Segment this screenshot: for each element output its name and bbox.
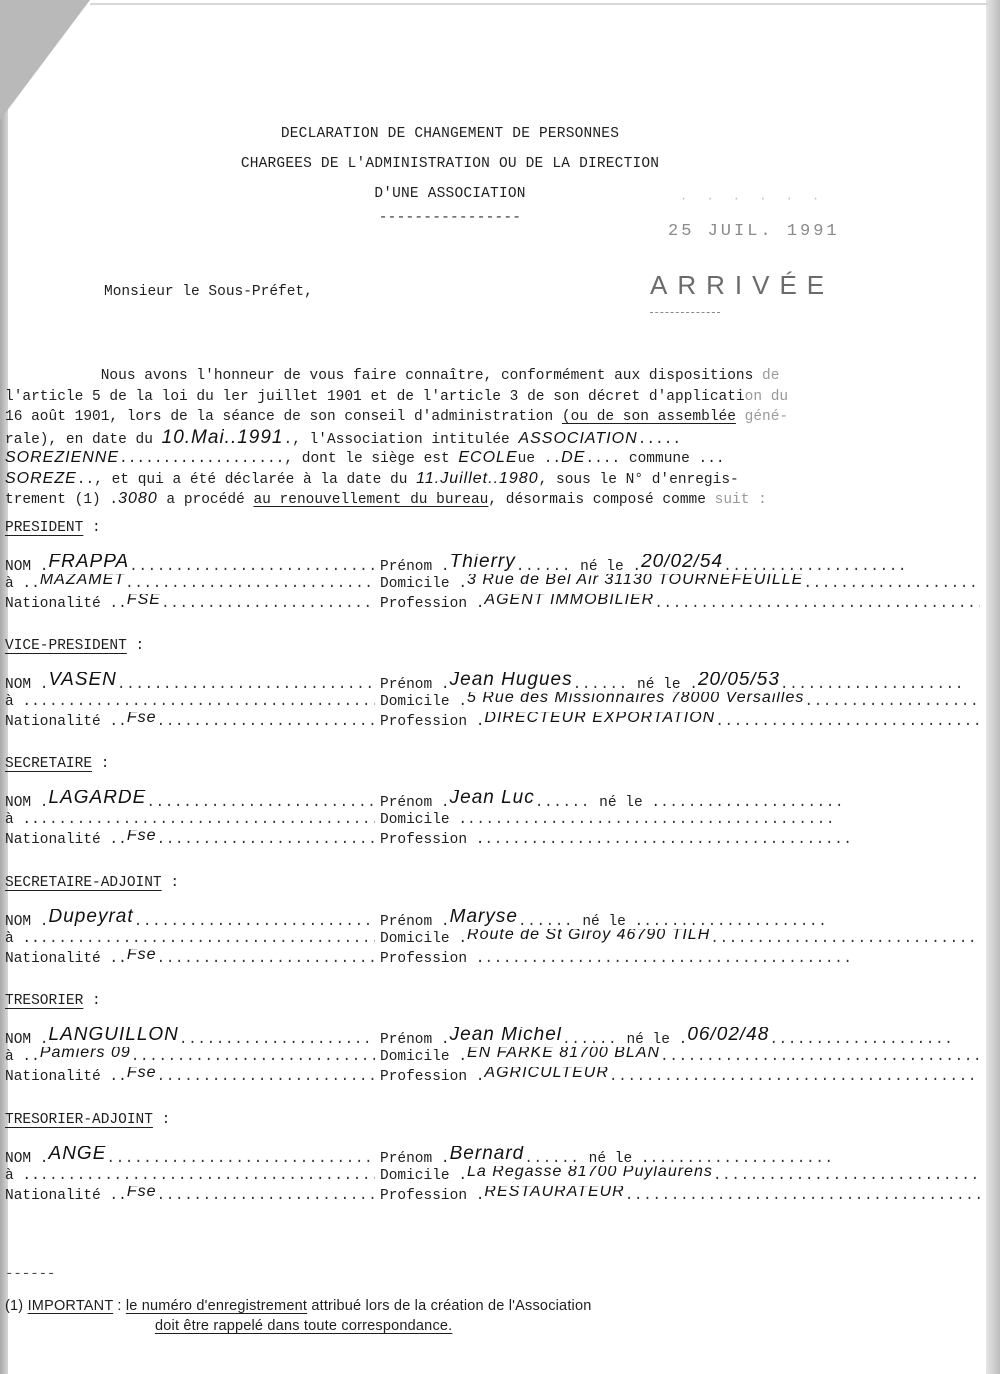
body-text: ., l'Association intitulée: [284, 432, 519, 448]
declaration-date-field: 11.Juillet..1980: [416, 470, 538, 487]
footnote: (1) IMPORTANT : le numéro d'enregistreme…: [5, 1296, 592, 1336]
birth-date-field: 20/02/54: [641, 554, 723, 572]
seat-field: ECOLE: [458, 449, 517, 466]
scan-edge-top: [90, 3, 990, 5]
role-heading: SECRETAIRE-ADJOINT: [5, 875, 162, 891]
document-title-line-1: DECLARATION DE CHANGEMENT DE PERSONNES: [0, 126, 900, 142]
label-ne-le: né le: [599, 795, 643, 811]
body-text: rale), en date du: [5, 432, 162, 448]
body-text: suit :: [706, 492, 767, 508]
member-row-name: NOM .ANGE...............................…: [5, 1146, 995, 1166]
label-nationalite: Nationalité: [5, 951, 101, 967]
member-row-address: à ......................................…: [5, 1166, 995, 1186]
label-nom: NOM: [5, 914, 31, 930]
commune-field: SOREZE: [5, 470, 77, 487]
nom-field: FRAPPA: [49, 554, 130, 572]
footnote-sep: :: [113, 1298, 126, 1314]
label-profession: Profession: [380, 951, 467, 967]
body-text: de: [753, 368, 779, 384]
footnote-important: IMPORTANT: [28, 1298, 114, 1314]
label-nationalite: Nationalité: [5, 1069, 101, 1085]
role-heading: VICE-PRESIDENT: [5, 638, 127, 654]
domicile-field: EN FARKE 81700 BLAN: [467, 1047, 660, 1061]
meeting-date-field: 10.Mai..1991: [162, 427, 284, 448]
domicile-field: 5 Rue des Missionnaires 78000 Versailles: [467, 692, 804, 706]
prenom-field: Bernard: [450, 1146, 525, 1164]
body-text: a procédé: [158, 492, 254, 508]
body-text: 16 août 1901, lors de la séance de son c…: [5, 409, 562, 425]
label-a: à: [5, 931, 14, 947]
stamp-arrived-text: ARRIVÉE: [650, 270, 834, 301]
role-colon: :: [83, 993, 100, 1009]
member-row-address: à ......................................…: [5, 810, 995, 830]
label-prenom: Prénom: [380, 795, 432, 811]
member-section-tresorier: TRESORIER :NOM .LANGUILLON..............…: [5, 993, 995, 1087]
role-heading: TRESORIER-ADJOINT: [5, 1112, 153, 1128]
label-prenom: Prénom: [380, 559, 432, 575]
role-colon: :: [153, 1112, 170, 1128]
label-a: à: [5, 694, 14, 710]
birthplace-field: MAZAMET: [40, 574, 125, 588]
birth-date-field: 06/02/48: [687, 1027, 769, 1045]
prenom-field: Jean Michel: [450, 1027, 562, 1045]
nationality-field: Fse: [127, 712, 157, 726]
label-ne-le: né le: [626, 1032, 670, 1048]
domicile-field: Route de St Giroy 46790 TILH: [467, 929, 710, 943]
label-profession: Profession: [380, 1069, 467, 1085]
label-domicile: Domicile: [380, 1049, 450, 1065]
role-heading: SECRETAIRE: [5, 756, 92, 772]
role-colon: :: [83, 520, 100, 536]
seat-field-cont: DE: [561, 449, 585, 466]
label-prenom: Prénom: [380, 1151, 432, 1167]
label-nom: NOM: [5, 795, 31, 811]
label-nom: NOM: [5, 1032, 31, 1048]
footnote-text-underlined: le numéro d'enregistrement: [126, 1298, 307, 1314]
stamp-top-text: · · · · · ·: [680, 192, 825, 206]
body-text-underlined: au renouvellement du bureau: [253, 492, 488, 508]
label-nationalite: Nationalité: [5, 1188, 101, 1204]
nom-field: ANGE: [49, 1146, 107, 1164]
registration-number-field: 3080: [118, 490, 158, 507]
label-nom: NOM: [5, 677, 31, 693]
declaration-paragraph: Nous avons l'honneur de vous faire conna…: [5, 366, 995, 510]
nationality-field: Fse: [127, 1186, 157, 1200]
label-nom: NOM: [5, 559, 31, 575]
label-domicile: Domicile: [380, 931, 450, 947]
label-domicile: Domicile: [380, 812, 450, 828]
body-text: .....: [638, 432, 682, 448]
label-ne-le: né le: [637, 677, 681, 693]
label-prenom: Prénom: [380, 914, 432, 930]
label-nationalite: Nationalité: [5, 832, 101, 848]
label-nationalite: Nationalité: [5, 596, 101, 612]
member-row-address: à ..MAZAMET.............................…: [5, 574, 995, 594]
nationality-field: Fse: [127, 1067, 157, 1081]
member-section-vice-president: VICE-PRESIDENT :NOM .VASEN..............…: [5, 638, 995, 732]
prenom-field: Jean Luc: [450, 790, 535, 808]
member-row-profession: Nationalité ..FSE.......................…: [5, 594, 995, 614]
member-section-secretaire-adjoint: SECRETAIRE-ADJOINT :NOM .Dupeyrat.......…: [5, 875, 995, 969]
label-ne-le: né le: [589, 1151, 633, 1167]
member-row-name: NOM .Dupeyrat...........................…: [5, 909, 995, 929]
domicile-field: 3 Rue de Bel Air 31130 TOURNEFEUILLE: [467, 574, 803, 588]
body-text: ue ..: [518, 451, 562, 467]
member-row-name: NOM .LANGUILLON.........................…: [5, 1027, 995, 1047]
member-row-profession: Nationalité ..Fse.......................…: [5, 949, 995, 969]
member-row-name: NOM .LAGARDE............................…: [5, 790, 995, 810]
label-prenom: Prénom: [380, 677, 432, 693]
role-heading: PRESIDENT: [5, 520, 83, 536]
body-text: trement (1) .: [5, 492, 118, 508]
member-row-profession: Nationalité ..Fse.......................…: [5, 1186, 995, 1206]
profession-field: AGRICULTEUR: [484, 1067, 609, 1081]
role-colon: :: [92, 756, 109, 772]
footnote-text-underlined: doit être rappelé dans toute corresponda…: [5, 1316, 452, 1336]
label-domicile: Domicile: [380, 576, 450, 592]
label-domicile: Domicile: [380, 694, 450, 710]
label-ne-le: né le: [580, 559, 624, 575]
label-a: à: [5, 1168, 14, 1184]
member-row-name: NOM .VASEN..............................…: [5, 672, 995, 692]
association-name-field-cont: SOREZIENNE: [5, 449, 119, 466]
member-section-president: PRESIDENT :NOM .FRAPPA..................…: [5, 520, 995, 614]
body-text: , sous le N° d'enregis-: [539, 472, 739, 488]
nom-field: Dupeyrat: [49, 909, 134, 927]
label-profession: Profession: [380, 596, 467, 612]
role-heading: TRESORIER: [5, 993, 83, 1009]
prenom-field: Maryse: [450, 909, 518, 927]
body-text: l'article 5 de la loi du ler juillet 190…: [5, 389, 745, 405]
arrival-stamp: · · · · · · 25 JUIL. 1991 ARRIVÉE: [640, 190, 850, 320]
role-colon: :: [127, 638, 144, 654]
prenom-field: Jean Hugues: [450, 672, 573, 690]
document-title-line-2: CHARGEES DE L'ADMINISTRATION OU DE LA DI…: [0, 156, 900, 172]
footnote-text: attribué lors de la création de l'Associ…: [307, 1298, 591, 1314]
profession-field: AGENT IMMOBILIER: [484, 594, 654, 608]
member-row-address: à ......................................…: [5, 929, 995, 949]
nom-field: LAGARDE: [49, 790, 147, 808]
member-row-name: NOM .FRAPPA.............................…: [5, 554, 995, 574]
label-nom: NOM: [5, 1151, 31, 1167]
profession-field: DIRECTEUR EXPORTATION: [484, 712, 715, 726]
label-a: à: [5, 812, 14, 828]
nom-field: LANGUILLON: [49, 1027, 179, 1045]
label-a: à: [5, 1049, 14, 1065]
member-row-address: à ..Pamiers 09..........................…: [5, 1047, 995, 1067]
body-text-underlined: (ou de son assemblée: [562, 409, 736, 425]
birth-date-field: 20/05/53: [698, 672, 780, 690]
label-prenom: Prénom: [380, 1032, 432, 1048]
scan-corner-shadow: [0, 0, 90, 120]
footnote-marker: (1): [5, 1298, 28, 1314]
birthplace-field: Pamiers 09: [40, 1047, 131, 1061]
role-colon: :: [162, 875, 179, 891]
member-row-address: à ......................................…: [5, 692, 995, 712]
label-profession: Profession: [380, 832, 467, 848]
domicile-field: La Regasse 81700 Puylaurens: [467, 1166, 713, 1180]
salutation: Monsieur le Sous-Préfet,: [104, 284, 313, 300]
association-name-field: ASSOCIATION: [518, 430, 637, 447]
member-row-profession: Nationalité ..Fse.......................…: [5, 712, 995, 732]
label-profession: Profession: [380, 714, 467, 730]
body-text: Nous avons l'honneur de vous faire conna…: [5, 368, 753, 384]
label-profession: Profession: [380, 1188, 467, 1204]
body-text: .... commune ...: [585, 451, 724, 467]
profession-field: RESTAURATEUR: [484, 1186, 624, 1200]
body-text: , désormais composé comme: [488, 492, 706, 508]
nom-field: VASEN: [49, 672, 117, 690]
member-row-profession: Nationalité ..Fse.......................…: [5, 830, 995, 850]
body-text: ..................., dont le siège est: [119, 451, 458, 467]
nationality-field: Fse: [127, 830, 157, 844]
label-ne-le: né le: [582, 914, 626, 930]
body-text: géné-: [736, 409, 788, 425]
member-section-secretaire: SECRETAIRE :NOM .LAGARDE................…: [5, 756, 995, 850]
body-text: on du: [745, 389, 789, 405]
label-a: à: [5, 576, 14, 592]
stamp-date: 25 JUIL. 1991: [668, 222, 840, 241]
member-row-profession: Nationalité ..Fse.......................…: [5, 1067, 995, 1087]
nationality-field: Fse: [127, 949, 157, 963]
label-nationalite: Nationalité: [5, 714, 101, 730]
body-text: .., et qui a été déclarée à la date du: [77, 472, 416, 488]
label-domicile: Domicile: [380, 1168, 450, 1184]
stamp-underline: [650, 312, 720, 313]
prenom-field: Thierry: [450, 554, 516, 572]
nationality-field: FSE: [127, 594, 161, 608]
footnote-rule: ------: [5, 1266, 55, 1282]
member-section-tresorier-adjoint: TRESORIER-ADJOINT :NOM .ANGE............…: [5, 1112, 995, 1206]
